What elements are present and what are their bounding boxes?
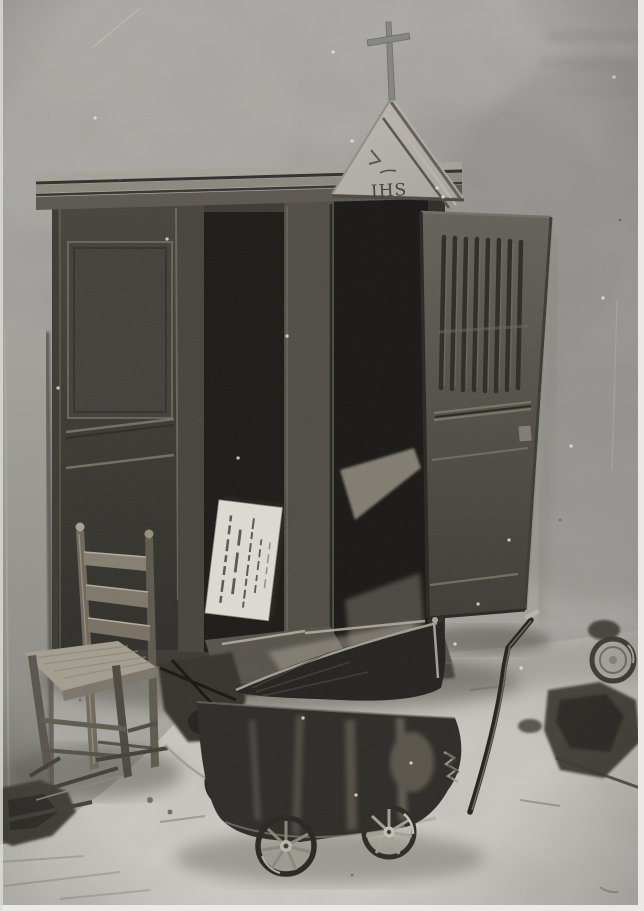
photo-canvas: IHS (0, 0, 644, 911)
vignette (0, 0, 644, 911)
scanned-photograph: IHS (0, 0, 644, 911)
